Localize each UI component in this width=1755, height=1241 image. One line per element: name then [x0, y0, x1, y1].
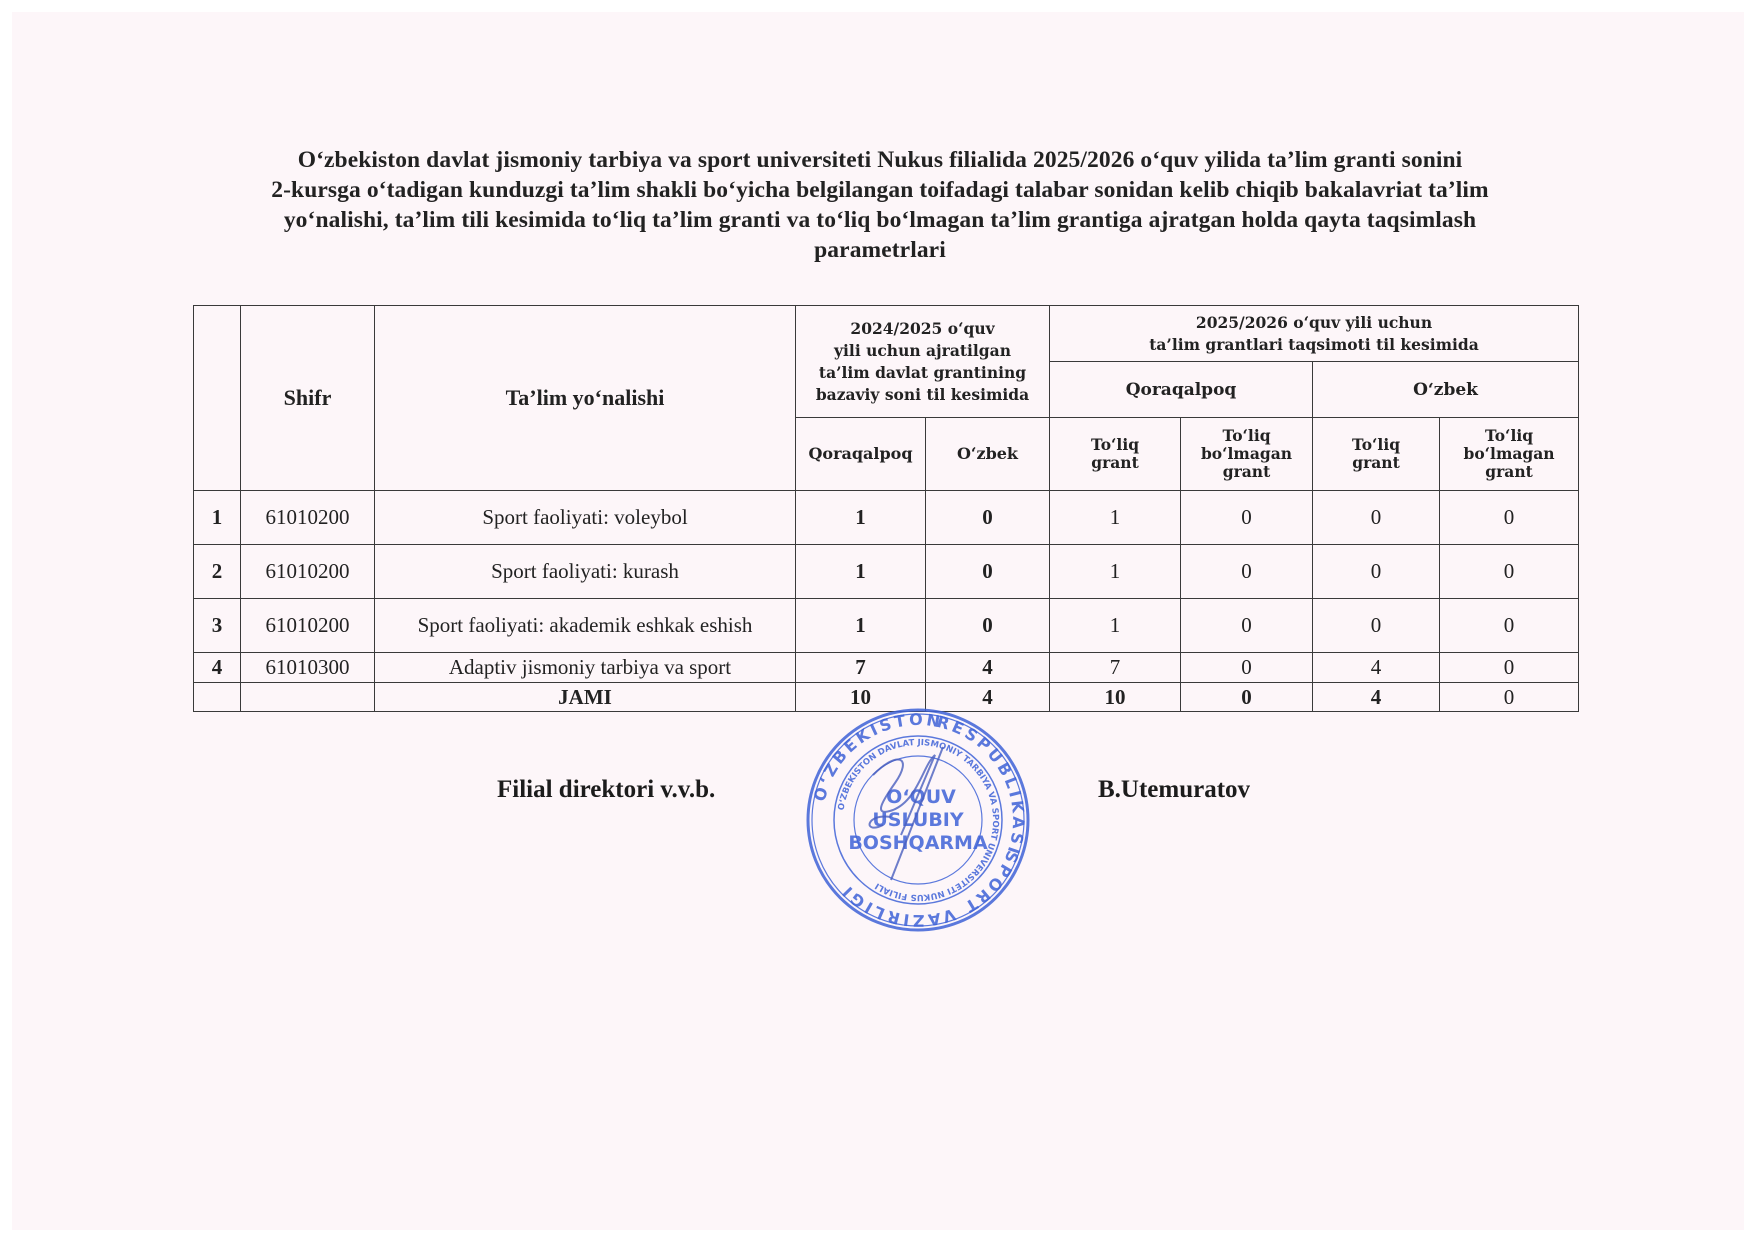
cell-qq-partial: 0	[1181, 545, 1313, 599]
header-line: To‘liq	[1440, 427, 1578, 445]
cell-base-qq: 1	[796, 599, 926, 653]
header-lang-qoraqalpoq: Qoraqalpoq	[1050, 362, 1313, 418]
cell-uz-full: 0	[1313, 491, 1440, 545]
row-index: 3	[194, 599, 241, 653]
cell-base-uz: 0	[926, 545, 1050, 599]
title-line: parametrlari	[170, 235, 1590, 265]
title-line: yo‘nalishi, ta’lim tili kesimida to‘liq …	[170, 205, 1590, 235]
header-line: grant	[1440, 463, 1578, 481]
cell-qq-full: 1	[1050, 545, 1181, 599]
row-direction: Adaptiv jismoniy tarbiya va sport	[375, 653, 796, 683]
table-row: 2 61010200 Sport faoliyati: kurash 1 0 1…	[194, 545, 1579, 599]
header-line: bazaviy soni til kesimida	[796, 384, 1049, 406]
cell-base-uz: 0	[926, 599, 1050, 653]
title-line: 2-kursga o‘tadigan kunduzgi ta’lim shakl…	[170, 175, 1590, 205]
header-line: ta’lim davlat grantining	[796, 362, 1049, 384]
total-uz-full: 4	[1313, 683, 1440, 712]
cell-base-qq: 7	[796, 653, 926, 683]
total-code	[241, 683, 375, 712]
cell-qq-partial: 0	[1181, 491, 1313, 545]
header-line: bo‘lmagan	[1440, 445, 1578, 463]
header-line: yili uchun ajratilgan	[796, 340, 1049, 362]
total-uz-partial: 0	[1440, 683, 1579, 712]
header-index	[194, 306, 241, 491]
header-line: grant	[1050, 454, 1180, 472]
header-line: grant	[1313, 454, 1439, 472]
cell-uz-partial: 0	[1440, 599, 1579, 653]
row-index: 1	[194, 491, 241, 545]
cell-qq-full: 1	[1050, 491, 1181, 545]
cell-uz-partial: 0	[1440, 491, 1579, 545]
total-label: JAMI	[375, 683, 796, 712]
stamp-center-line: BOSHQARMA	[848, 832, 988, 854]
row-index: 2	[194, 545, 241, 599]
cell-uz-partial: 0	[1440, 545, 1579, 599]
cell-uz-full: 4	[1313, 653, 1440, 683]
signatory-position: Filial direktori v.v.b.	[497, 776, 715, 804]
cell-qq-full: 7	[1050, 653, 1181, 683]
header-base-ozbek: O‘zbek	[926, 418, 1050, 491]
table-row: 1 61010200 Sport faoliyati: voleybol 1 0…	[194, 491, 1579, 545]
cell-qq-partial: 0	[1181, 653, 1313, 683]
table-row: 3 61010200 Sport faoliyati: akademik esh…	[194, 599, 1579, 653]
grant-distribution-table: Shifr Ta’lim yo‘nalishi 2024/2025 o‘quv …	[193, 305, 1579, 712]
header-qq-partial-grant: To‘liq bo‘lmagan grant	[1181, 418, 1313, 491]
cell-base-qq: 1	[796, 545, 926, 599]
header-line: bo‘lmagan	[1181, 445, 1312, 463]
header-line: grant	[1181, 463, 1312, 481]
table-row: 4 61010300 Adaptiv jismoniy tarbiya va s…	[194, 653, 1579, 683]
row-direction: Sport faoliyati: kurash	[375, 545, 796, 599]
document-title: O‘zbekiston davlat jismoniy tarbiya va s…	[170, 145, 1590, 265]
header-uz-full-grant: To‘liq grant	[1313, 418, 1440, 491]
row-code: 61010200	[241, 599, 375, 653]
header-base-qoraqalpoq: Qoraqalpoq	[796, 418, 926, 491]
header-direction: Ta’lim yo‘nalishi	[375, 306, 796, 491]
header-qq-full-grant: To‘liq grant	[1050, 418, 1181, 491]
row-index: 4	[194, 653, 241, 683]
title-line: O‘zbekiston davlat jismoniy tarbiya va s…	[170, 145, 1590, 175]
header-line: To‘liq	[1050, 436, 1180, 454]
header-line: 2025/2026 o‘quv yili uchun	[1050, 312, 1578, 334]
cell-uz-partial: 0	[1440, 653, 1579, 683]
cell-qq-full: 1	[1050, 599, 1181, 653]
cell-base-uz: 4	[926, 653, 1050, 683]
signatory-name: B.Utemuratov	[1098, 776, 1250, 804]
total-qq-partial: 0	[1181, 683, 1313, 712]
total-index	[194, 683, 241, 712]
header-line: To‘liq	[1313, 436, 1439, 454]
cell-base-qq: 1	[796, 491, 926, 545]
cell-uz-full: 0	[1313, 599, 1440, 653]
row-direction: Sport faoliyati: akademik eshkak eshish	[375, 599, 796, 653]
cell-qq-partial: 0	[1181, 599, 1313, 653]
header-lang-ozbek: O‘zbek	[1313, 362, 1579, 418]
row-code: 61010200	[241, 491, 375, 545]
header-shifr: Shifr	[241, 306, 375, 491]
total-qq-full: 10	[1050, 683, 1181, 712]
official-stamp-icon: O‘ZBEKISTON RESPUBLIKASI SPORT VAZIRLIGI…	[803, 705, 1033, 935]
row-code: 61010300	[241, 653, 375, 683]
header-line: ta’lim grantlari taqsimoti til kesimida	[1050, 334, 1578, 356]
row-code: 61010200	[241, 545, 375, 599]
header-distribution-group: 2025/2026 o‘quv yili uchun ta’lim grantl…	[1050, 306, 1579, 362]
header-line: To‘liq	[1181, 427, 1312, 445]
cell-uz-full: 0	[1313, 545, 1440, 599]
header-base-group: 2024/2025 o‘quv yili uchun ajratilgan ta…	[796, 306, 1050, 418]
header-line: 2024/2025 o‘quv	[796, 318, 1049, 340]
cell-base-uz: 0	[926, 491, 1050, 545]
header-uz-partial-grant: To‘liq bo‘lmagan grant	[1440, 418, 1579, 491]
row-direction: Sport faoliyati: voleybol	[375, 491, 796, 545]
